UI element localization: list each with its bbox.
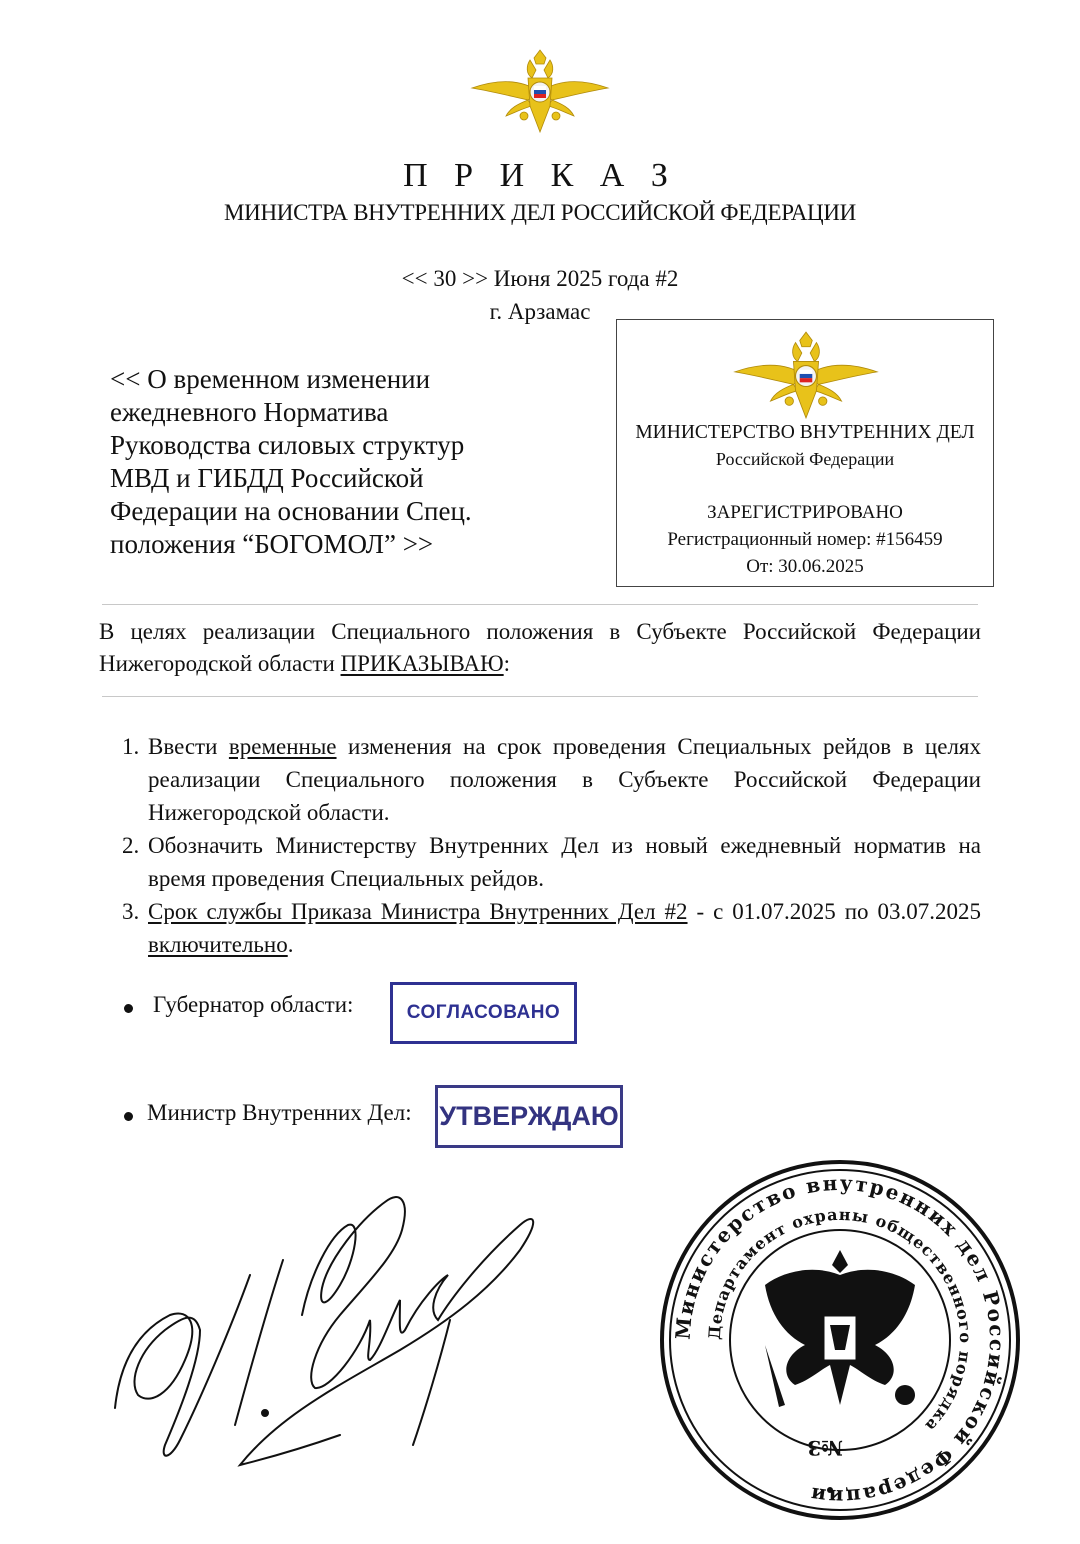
registration-date: От: 30.06.2025 [617, 556, 993, 578]
minister-label: Министр Внутренних Дел: [147, 1100, 412, 1126]
order-item: 1.Ввести временные изменения на срок про… [110, 730, 981, 829]
orders-list: 1.Ввести временные изменения на срок про… [110, 730, 981, 961]
bullet-icon [124, 1004, 133, 1013]
preamble: В целях реализации Специального положени… [99, 616, 981, 680]
order-number: 1. [122, 730, 139, 763]
eagle-emblem-icon [729, 330, 883, 420]
registration-status: ЗАРЕГИСТРИРОВАНО [617, 502, 993, 524]
registration-box: МИНИСТЕРСТВО ВНУТРЕННИХ ДЕЛ Российской Ф… [616, 319, 994, 587]
subject-line: положения “БОГОМОЛ” >> [110, 528, 610, 561]
governor-label: Губернатор области: [153, 992, 353, 1018]
preamble-emphasis: ПРИКАЗЫВАЮ [341, 651, 504, 676]
document-subtitle: МИНИСТРА ВНУТРЕННИХ ДЕЛ РОССИЙСКОЙ ФЕДЕР… [0, 200, 1080, 226]
order-text: Обозначить Министерству Внутренних Дел и… [148, 833, 981, 891]
registration-country: Российской Федерации [617, 449, 993, 470]
preamble-suffix: : [504, 651, 510, 676]
order-emphasis: временные [229, 734, 337, 759]
order-emphasis: включительно [148, 932, 288, 957]
subject-line: Федерации на основании Спец. [110, 495, 610, 528]
order-number: 2. [122, 829, 139, 862]
subject-line: Руководства силовых структур [110, 429, 610, 462]
order-text: Ввести [148, 734, 229, 759]
order-emphasis: Срок службы Приказа Министра Внутренних … [148, 899, 688, 924]
order-item: 2.Обозначить Министерству Внутренних Дел… [110, 829, 981, 895]
eagle-emblem-icon [470, 48, 610, 134]
agreed-stamp: СОГЛАСОВАНО [390, 982, 577, 1044]
approve-stamp: УТВЕРЖДАЮ [435, 1085, 623, 1148]
registration-ministry: МИНИСТЕРСТВО ВНУТРЕННИХ ДЕЛ [617, 422, 993, 444]
order-number: 3. [122, 895, 139, 928]
order-text: . [288, 932, 294, 957]
order-date: << 30 >> Июня 2025 года #2 [0, 266, 1080, 292]
official-seal-icon: Министерство внутренних дел Российской Ф… [655, 1155, 1025, 1525]
registration-number: Регистрационный номер: #156459 [617, 529, 993, 551]
signature-icon [100, 1180, 560, 1500]
subject-line: МВД и ГИБДД Российской [110, 462, 610, 495]
seal-number: №3 [807, 1436, 843, 1460]
divider [102, 696, 978, 697]
order-item: 3.Срок службы Приказа Министра Внутренни… [110, 895, 981, 961]
document-title: П Р И К А З [0, 157, 1080, 195]
bullet-icon [124, 1112, 133, 1121]
preamble-text: В целях реализации Специального положени… [99, 619, 981, 676]
subject-line: << О временном изменении [110, 363, 610, 396]
order-text: - с 01.07.2025 по 03.07.2025 [688, 899, 981, 924]
divider [102, 604, 978, 605]
order-subject: << О временном изменении ежедневного Нор… [110, 363, 610, 561]
subject-line: ежедневного Норматива [110, 396, 610, 429]
